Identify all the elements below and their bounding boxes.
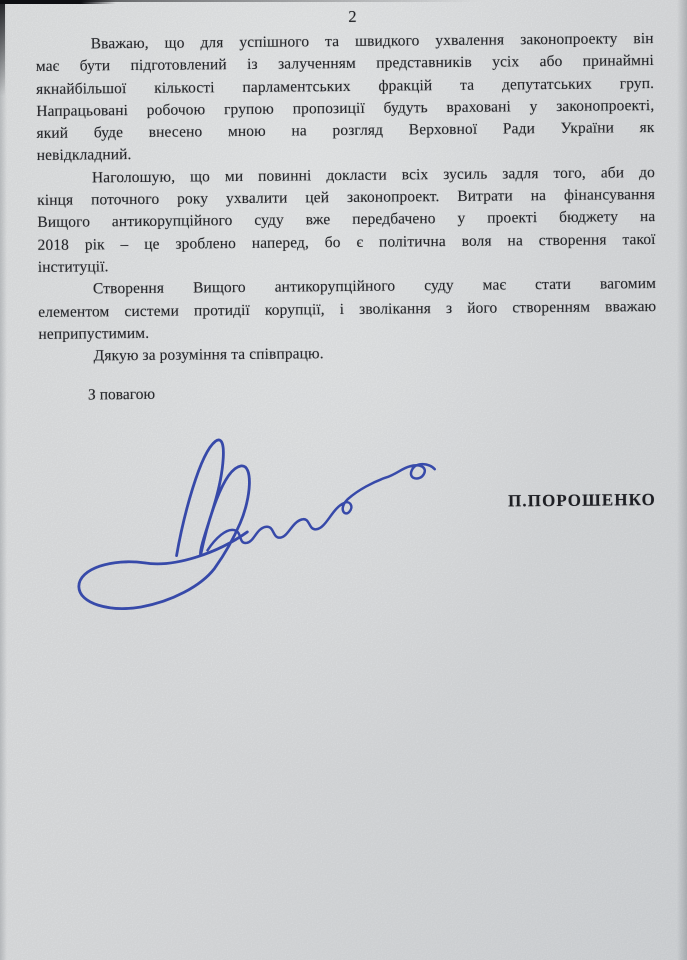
paragraph: Створення Вищого антикорупційного суду м…	[38, 273, 657, 346]
text-line: Дякую за розуміння та співпрацю.	[39, 340, 657, 368]
page-number: 2	[348, 7, 356, 27]
signature-stroke-flourish	[207, 464, 436, 550]
letter-body-text: Вважаю, що для успішного та швидкого ухв…	[36, 28, 657, 368]
signature-stroke-main	[77, 440, 250, 609]
paragraph: Дякую за розуміння та співпрацю.	[39, 340, 657, 368]
paragraph: Наголошую, що ми повинні докласти всіх з…	[37, 162, 656, 279]
page-content: 2 Вважаю, що для успішного та швидкого у…	[0, 0, 687, 960]
closing-salutation: З повагою	[88, 386, 155, 405]
paragraph: Вважаю, що для успішного та швидкого ухв…	[36, 28, 655, 168]
scanned-letter-page: 2 Вважаю, що для успішного та швидкого у…	[0, 0, 687, 960]
signer-name: П.ПОРОШЕНКО	[508, 490, 656, 511]
